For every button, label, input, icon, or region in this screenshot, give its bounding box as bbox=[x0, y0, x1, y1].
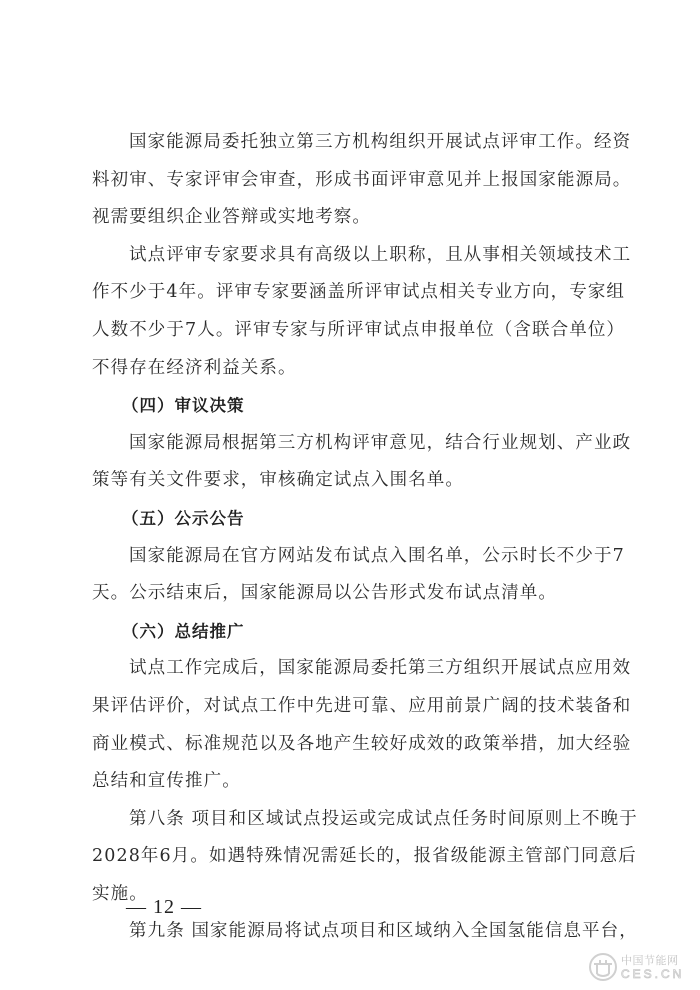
paragraph-line: 2028年6月。如遇特殊情况需延长的，报省级能源主管部门同意后 bbox=[92, 838, 616, 876]
paragraph-line: 视需要组织企业答辩或实地考察。 bbox=[92, 199, 616, 237]
paragraph-line: 策等有关文件要求，审核确定试点入围名单。 bbox=[92, 462, 616, 500]
watermark: 中国节能网 CES.CN bbox=[588, 948, 696, 986]
paragraph-line: 试点工作完成后，国家能源局委托第三方组织开展试点应用效 bbox=[92, 650, 616, 688]
paragraph-line: 国家能源局委托独立第三方机构组织开展试点评审工作。经资 bbox=[92, 124, 616, 162]
section-heading-public-notice: （五）公示公告 bbox=[92, 500, 616, 538]
paragraph-line: 试点评审专家要求具有高级以上职称，且从事相关领域技术工 bbox=[92, 237, 616, 275]
section-heading-summary-promotion: （六）总结推广 bbox=[92, 613, 616, 651]
watermark-text: 中国节能网 CES.CN bbox=[621, 955, 684, 980]
page-number: — 12 — bbox=[126, 896, 202, 919]
paragraph-line: 商业模式、标准规范以及各地产生较好成效的政策举措，加大经验 bbox=[92, 726, 616, 764]
paragraph-line: 天。公示结束后，国家能源局以公告形式发布试点清单。 bbox=[92, 575, 616, 613]
paragraph-line: 不得存在经济利益关系。 bbox=[92, 350, 616, 388]
body-text: 国家能源局委托独立第三方机构组织开展试点评审工作。经资 料初审、专家评审会审查，… bbox=[92, 124, 616, 951]
paragraph-line: 总结和宣传推广。 bbox=[92, 763, 616, 801]
paragraph-line: 果评估评价，对试点工作中先进可靠、应用前景广阔的技术装备和 bbox=[92, 688, 616, 726]
article-9-line: 第九条 国家能源局将试点项目和区域纳入全国氢能信息平台， bbox=[92, 913, 616, 951]
watermark-name-cn: 中国节能网 bbox=[621, 955, 684, 966]
paragraph-line: 国家能源局根据第三方机构评审意见，结合行业规划、产业政 bbox=[92, 425, 616, 463]
ces-logo-icon bbox=[588, 952, 618, 982]
article-8-line: 第八条 项目和区域试点投运或完成试点任务时间原则上不晚于 bbox=[92, 801, 616, 839]
watermark-name-en: CES.CN bbox=[621, 968, 684, 980]
paragraph-line: 料初审、专家评审会审查，形成书面评审意见并上报国家能源局。 bbox=[92, 162, 616, 200]
section-heading-review-decision: （四）审议决策 bbox=[92, 387, 616, 425]
document-page: 国家能源局委托独立第三方机构组织开展试点评审工作。经资 料初审、专家评审会审查，… bbox=[0, 0, 700, 990]
paragraph-line: 人数不少于7人。评审专家与所评审试点申报单位（含联合单位） bbox=[92, 312, 616, 350]
paragraph-line: 国家能源局在官方网站发布试点入围名单，公示时长不少于7 bbox=[92, 538, 616, 576]
paragraph-line: 作不少于4年。评审专家要涵盖所评审试点相关专业方向，专家组 bbox=[92, 274, 616, 312]
